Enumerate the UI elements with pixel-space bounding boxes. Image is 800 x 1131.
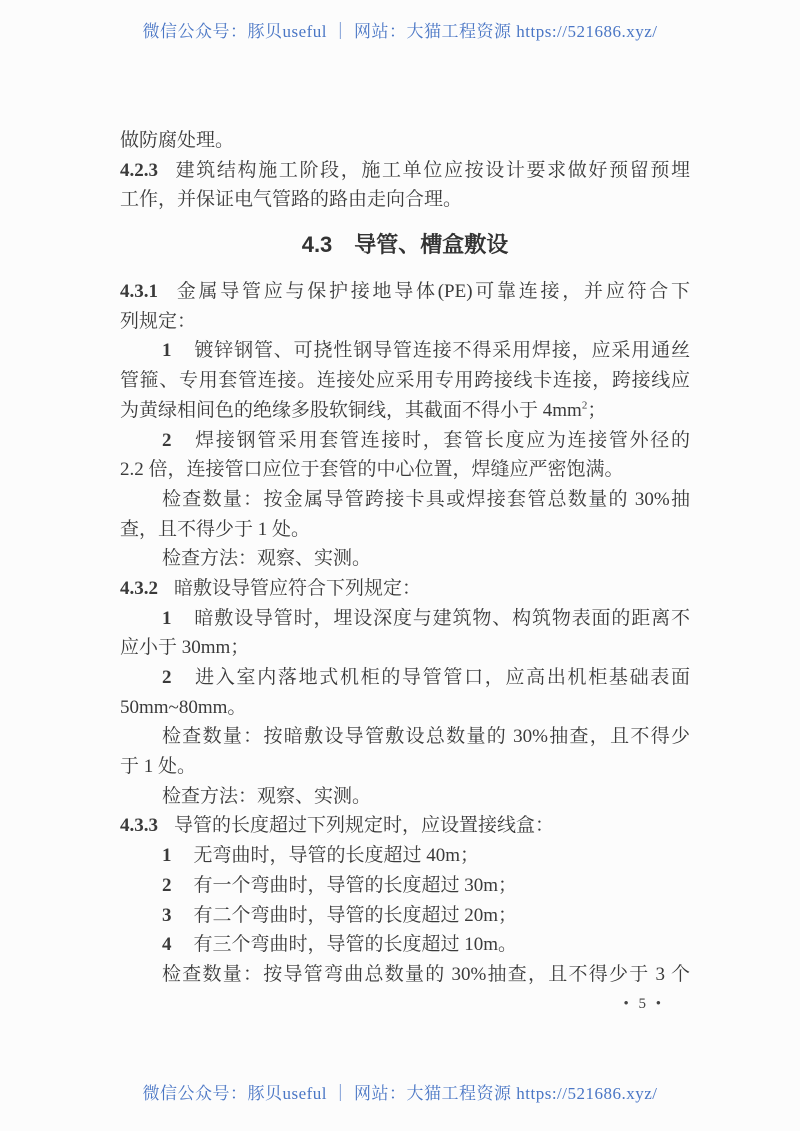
check-count-1-cont: 查，且不得少于 1 处。 xyxy=(120,515,690,545)
clause-number: 4.3.2 xyxy=(120,578,158,599)
item-number: 2 xyxy=(162,430,172,451)
check-count-2-cont: 于 1 处。 xyxy=(120,752,690,782)
subitem-432-2: 2进入室内落地式机柜的导管管口，应高出机柜基础表面 xyxy=(120,663,690,693)
item-text: 镀锌钢管、可挠性钢导管连接不得采用焊接，应采用通丝 xyxy=(194,340,691,361)
subitem-1-cont-b: 为黄绿相间色的绝缘多股软铜线，其截面不得小于 4mm2； xyxy=(120,396,690,426)
subitem-432-1-cont: 应小于 30mm； xyxy=(120,633,690,663)
clause-text: 金属导管应与保护接地导体(PE)可靠连接，并应符合下 xyxy=(174,281,690,302)
page-content: 做防腐处理。 4.2.3建筑结构施工阶段，施工单位应按设计要求做好预留预埋 工作… xyxy=(120,126,690,1019)
item-text: 焊接钢管采用套管连接时，套管长度应为连接管外径的 xyxy=(194,430,691,451)
subitem-2: 2焊接钢管采用套管连接时，套管长度应为连接管外径的 xyxy=(120,426,690,456)
item-text: 有三个弯曲时，导管的长度超过 10m。 xyxy=(194,934,518,955)
item-text: ； xyxy=(587,400,606,421)
check-count-3: 检查数量：按导管弯曲总数量的 30%抽查，且不得少于 3 个 xyxy=(120,960,690,990)
subitem-433-4: 4有三个弯曲时，导管的长度超过 10m。 xyxy=(120,930,690,960)
subitem-433-3: 3有二个弯曲时，导管的长度超过 20m； xyxy=(120,901,690,931)
clause-4-3-3: 4.3.3导管的长度超过下列规定时，应设置接线盒： xyxy=(120,811,690,841)
item-number: 1 xyxy=(162,608,172,629)
check-count-2: 检查数量：按暗敷设导管敷设总数量的 30%抽查，且不得少 xyxy=(120,722,690,752)
clause-4-3-1: 4.3.1金属导管应与保护接地导体(PE)可靠连接，并应符合下 xyxy=(120,277,690,307)
clause-4-2-3-cont: 工作，并保证电气管路的路由走向合理。 xyxy=(120,185,690,215)
item-text: 有一个弯曲时，导管的长度超过 30m； xyxy=(194,875,518,896)
footer-watermark: 微信公众号：豚贝useful ｜ 网站：大猫工程资源 https://52168… xyxy=(0,1079,800,1104)
subitem-432-2-cont: 50mm~80mm。 xyxy=(120,693,690,723)
paragraph-continuation: 做防腐处理。 xyxy=(120,126,690,156)
clause-text: 建筑结构施工阶段，施工单位应按设计要求做好预留预埋 xyxy=(174,160,690,181)
item-text: 暗敷设导管时，埋设深度与建筑物、构筑物表面的距离不 xyxy=(194,608,691,629)
check-method-2: 检查方法：观察、实测。 xyxy=(120,782,690,812)
clause-number: 4.3.3 xyxy=(120,815,158,836)
clause-4-2-3: 4.2.3建筑结构施工阶段，施工单位应按设计要求做好预留预埋 xyxy=(120,156,690,186)
item-number: 4 xyxy=(162,934,172,955)
item-text: 有二个弯曲时，导管的长度超过 20m； xyxy=(194,905,518,926)
item-number: 2 xyxy=(162,667,172,688)
subitem-1: 1镀锌钢管、可挠性钢导管连接不得采用焊接，应采用通丝 xyxy=(120,336,690,366)
subitem-433-2: 2有一个弯曲时，导管的长度超过 30m； xyxy=(120,871,690,901)
clause-4-3-2: 4.3.2暗敷设导管应符合下列规定： xyxy=(120,574,690,604)
item-text: 为黄绿相间色的绝缘多股软铜线，其截面不得小于 4mm xyxy=(120,400,582,421)
subitem-432-1: 1暗敷设导管时，埋设深度与建筑物、构筑物表面的距离不 xyxy=(120,604,690,634)
check-count-1: 检查数量：按金属导管跨接卡具或焊接套管总数量的 30%抽 xyxy=(120,485,690,515)
clause-4-3-1-cont: 列规定： xyxy=(120,307,690,337)
item-number: 1 xyxy=(162,845,172,866)
header-watermark: 微信公众号：豚贝useful ｜ 网站：大猫工程资源 https://52168… xyxy=(0,17,800,42)
check-method-1: 检查方法：观察、实测。 xyxy=(120,544,690,574)
clause-number: 4.3.1 xyxy=(120,281,158,302)
subitem-433-1: 1无弯曲时，导管的长度超过 40m； xyxy=(120,841,690,871)
clause-text: 暗敷设导管应符合下列规定： xyxy=(174,578,421,599)
subitem-2-cont: 2.2 倍，连接管口应位于套管的中心位置，焊缝应严密饱满。 xyxy=(120,455,690,485)
clause-number: 4.2.3 xyxy=(120,160,158,181)
item-number: 3 xyxy=(162,905,172,926)
subitem-1-cont-a: 管箍、专用套管连接。连接处应采用专用跨接线卡连接，跨接线应 xyxy=(120,366,690,396)
section-heading-4-3: 4.3 导管、槽盒敷设 xyxy=(120,228,690,262)
item-number: 2 xyxy=(162,875,172,896)
page-number: • 5 • xyxy=(120,990,690,1020)
item-text: 进入室内落地式机柜的导管管口，应高出机柜基础表面 xyxy=(194,667,691,688)
item-text: 无弯曲时，导管的长度超过 40m； xyxy=(194,845,480,866)
item-number: 1 xyxy=(162,340,172,361)
clause-text: 导管的长度超过下列规定时，应设置接线盒： xyxy=(174,815,554,836)
